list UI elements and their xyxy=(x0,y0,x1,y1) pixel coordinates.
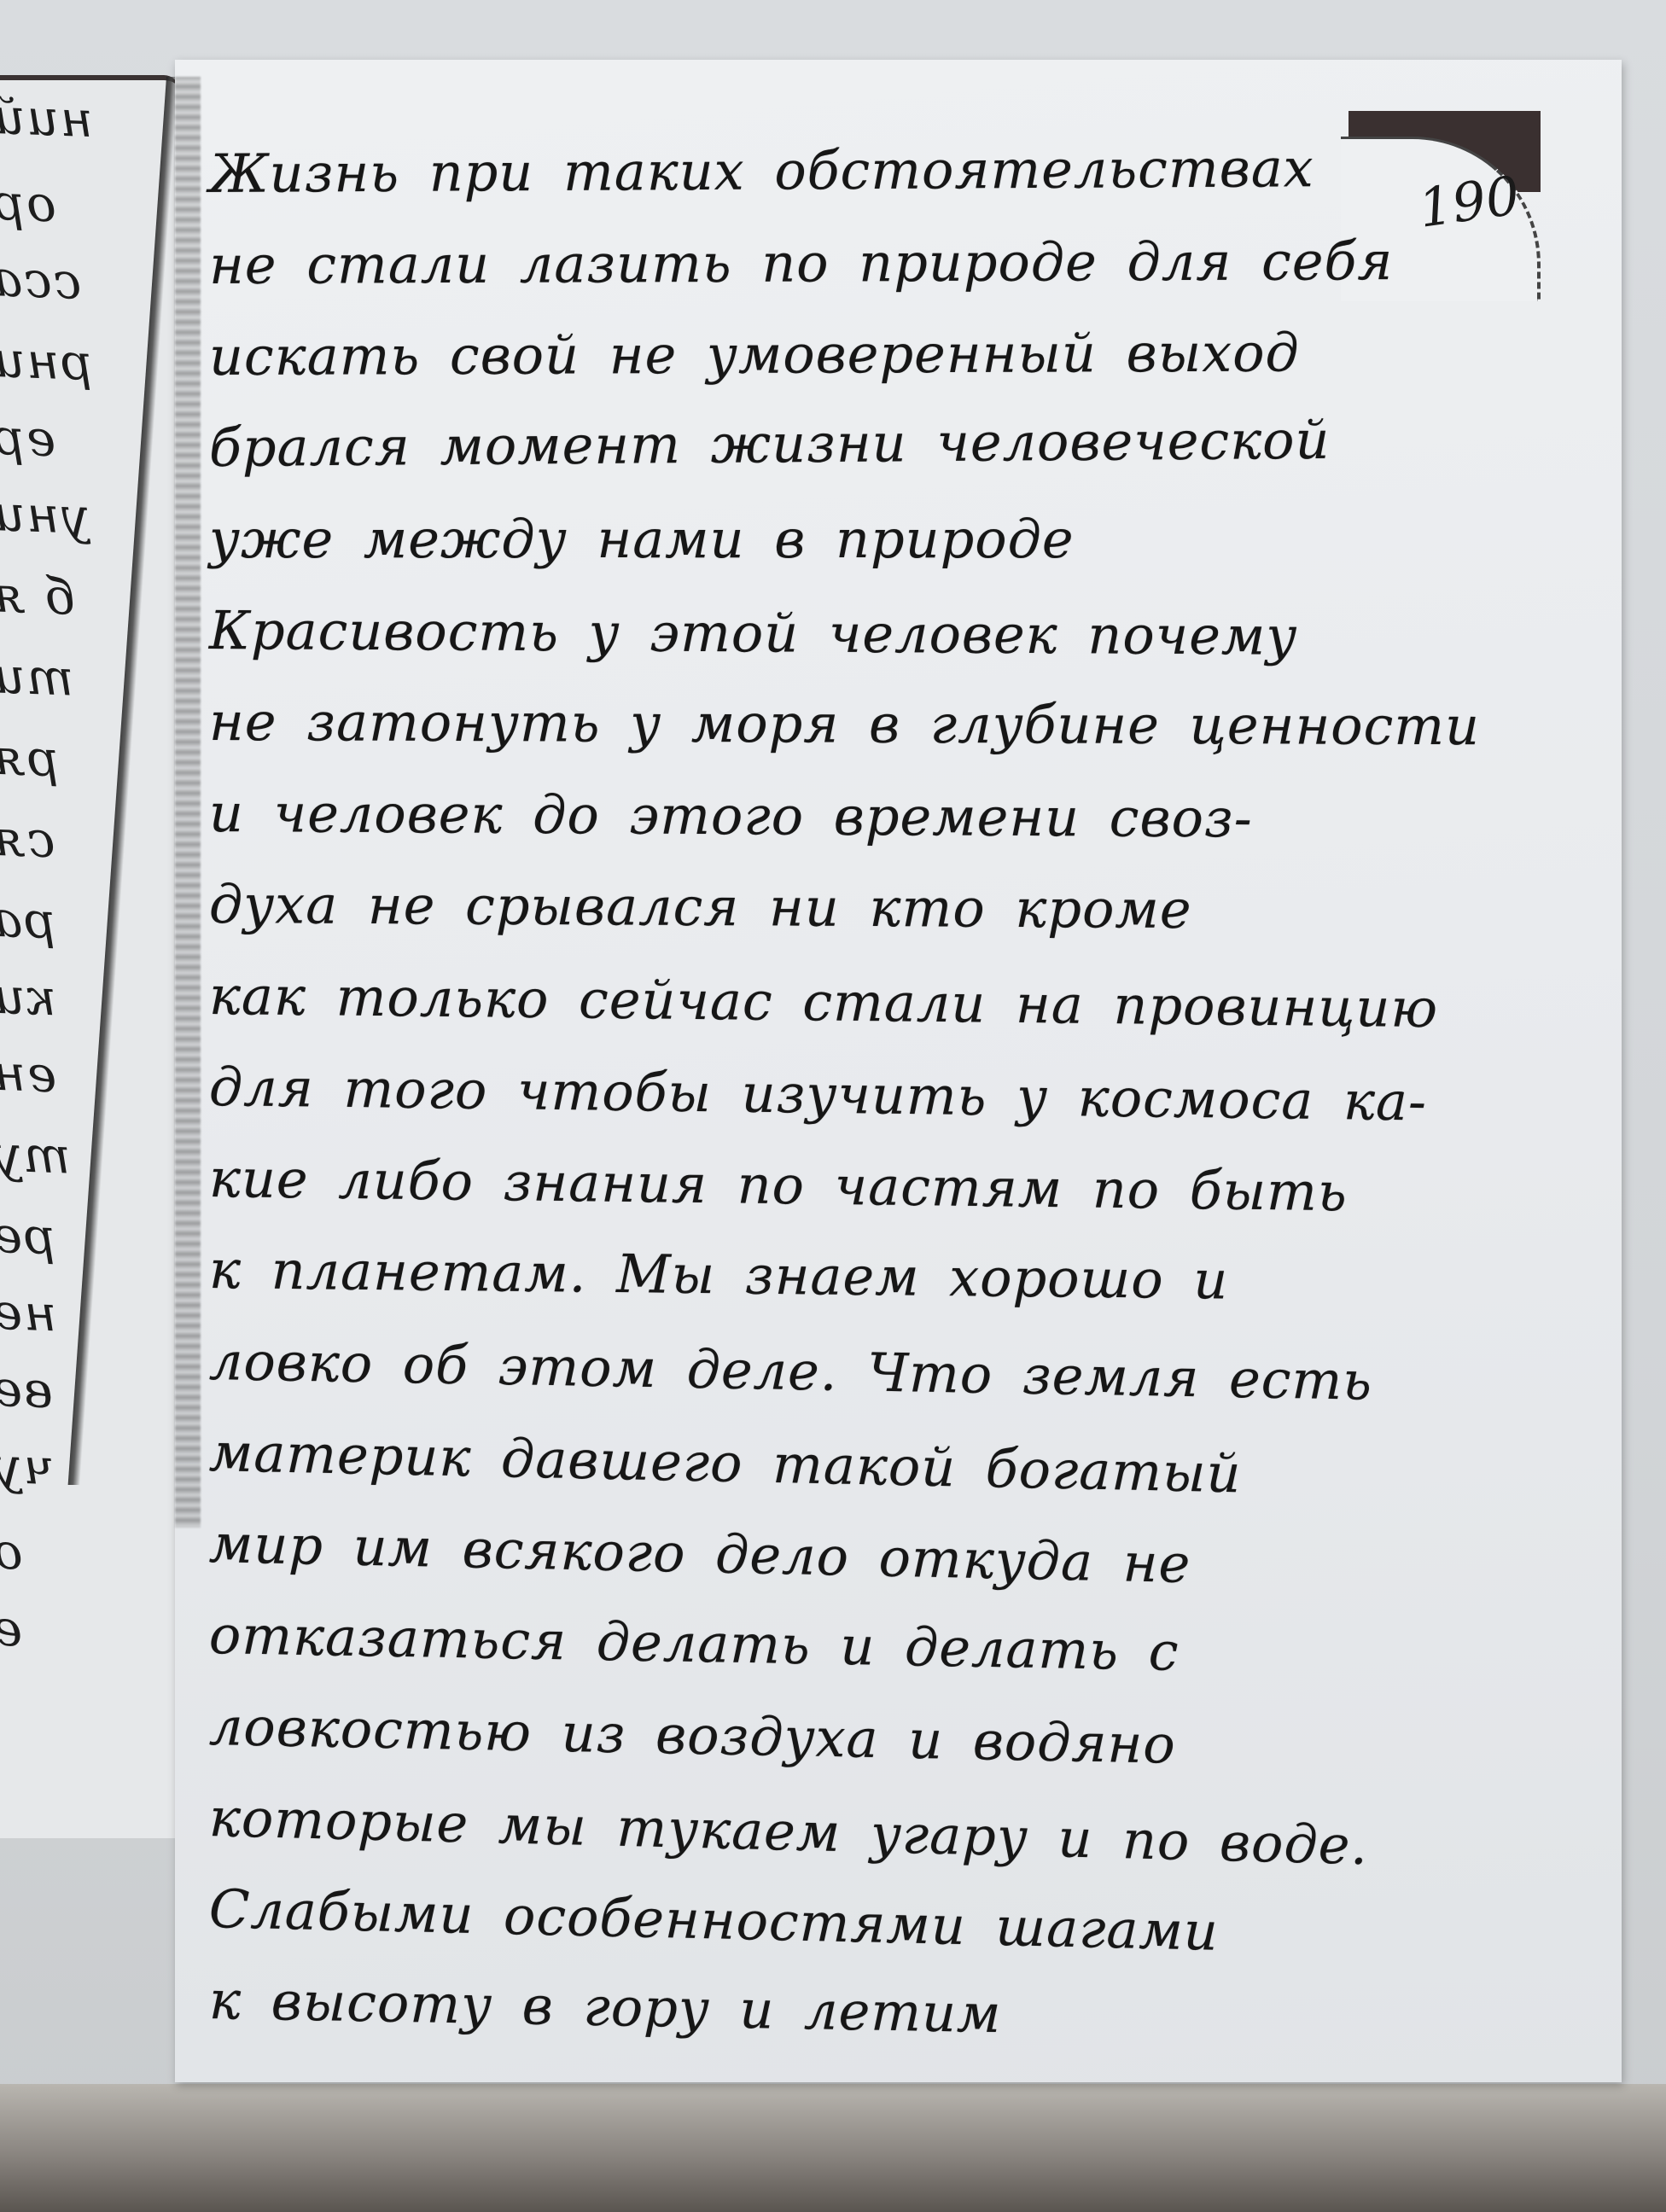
text-line: и человек до этого времени своз- xyxy=(209,767,1524,865)
previous-page-fragment: рни xyxy=(0,330,94,392)
previous-page-fragment: сса xyxy=(0,249,83,311)
previous-page-fragment: уни xyxy=(0,484,90,545)
previous-page-fragment: ра xyxy=(0,890,57,951)
previous-page-fragment: чу xyxy=(0,1436,55,1497)
previous-page-fragment: е xyxy=(0,1598,24,1657)
previous-page-fragment: ор xyxy=(0,173,57,234)
previous-page-fragment: ен xyxy=(0,1044,58,1104)
previous-page-fragment: ту xyxy=(0,1124,72,1185)
manuscript-page: 190 Жизнь при таких обстоятельствах не с… xyxy=(175,60,1622,2082)
text-line: Красивость у этой человек почему xyxy=(209,585,1524,683)
previous-page-fragment: ве xyxy=(0,1359,54,1419)
previous-page-fragment: ний xyxy=(0,87,94,148)
previous-page-fragment: ря xyxy=(0,728,61,789)
text-line: искать свой не умоверенный выход xyxy=(209,306,1523,402)
text-line: не затонуть у моря в глубине ценности xyxy=(209,676,1523,771)
text-line: кие либо знания по частям по быть xyxy=(208,1132,1523,1240)
text-line: не стали лазить по природе для себя xyxy=(209,215,1523,311)
text-line: брался момент жизни человеческой xyxy=(209,393,1524,493)
previous-page-fragment: ся xyxy=(0,809,56,870)
binding-edge xyxy=(175,77,201,1528)
text-line: как только сейчас стали на провинцию xyxy=(208,950,1523,1055)
previous-page-fragment: ер xyxy=(0,408,57,469)
text-line: для того чтобы изучить у космоса ка- xyxy=(208,1041,1523,1149)
previous-page-fragment: ре xyxy=(0,1206,57,1266)
handwritten-text: Жизнь при таких обстоятельствах не стали… xyxy=(209,128,1523,2046)
text-line: к планетам. Мы знаем хорошо и xyxy=(208,1224,1523,1329)
previous-page-fragment: о xyxy=(0,1522,24,1580)
desk-edge xyxy=(0,2084,1666,2212)
previous-page-fragment: б я xyxy=(0,565,76,626)
text-line: Жизнь при таких обстоятельствах xyxy=(209,121,1524,219)
previous-page-fragment: ки xyxy=(0,967,57,1027)
previous-page-fragment: ти xyxy=(0,646,75,707)
text-line: духа не срывался ни кто кроме xyxy=(209,859,1524,957)
text-line: уже между нами в природе xyxy=(209,493,1523,585)
previous-page-fragment: не xyxy=(0,1283,58,1343)
